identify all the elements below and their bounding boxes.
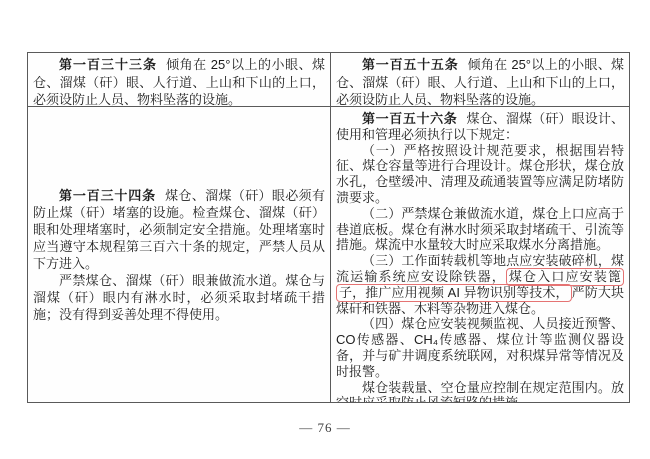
article-156-item-4b: 煤仓装载量、空仓量应控制在规定范围内。放空时应采取防止风流短路的措施。 <box>336 380 624 402</box>
document-page: 第一百三十三条倾角在 25°以上的小眼、煤仓、溜煤（矸）眼、人行道、上山和下山的… <box>0 0 650 459</box>
article-155-heading: 第一百五十五条 <box>362 57 459 72</box>
regulation-comparison-table: 第一百三十三条倾角在 25°以上的小眼、煤仓、溜煤（矸）眼、人行道、上山和下山的… <box>27 52 630 403</box>
article-133-paragraph: 第一百三十三条倾角在 25°以上的小眼、煤仓、溜煤（矸）眼、人行道、上山和下山的… <box>33 56 325 107</box>
article-134-paragraph-1: 第一百三十四条煤仓、溜煤（矸）眼必须有防止煤（矸）堵塞的设施。检查煤仓、溜煤（矸… <box>33 187 325 272</box>
cell-article-156: 第一百五十六条煤仓、溜煤（矸）眼设计、使用和管理必须执行以下规定： （一）严格按… <box>331 107 629 402</box>
article-156-item-3: （三）工作面转载机等地点应安装破碎机，煤流运输系统应安设除铁器，煤仓入口应安装篦… <box>336 253 624 316</box>
article-134-paragraph-2: 严禁煤仓、溜煤（矸）眼兼做流水道。煤仓与溜煤（矸）眼内有淋水时，必须采取封堵疏干… <box>33 272 325 323</box>
article-156-item-2: （二）严禁煤仓兼做流水道，煤仓上口应高于巷道底板。煤仓有淋水时须采取封堵疏干、引… <box>336 206 624 253</box>
page-number: — 76 — <box>0 420 650 436</box>
cell-article-155: 第一百五十五条倾角在 25°以上的小眼、煤仓、溜煤（矸）眼、人行道、上山和下山的… <box>331 53 629 107</box>
article-134-heading: 第一百三十四条 <box>59 188 156 203</box>
cell-article-133: 第一百三十三条倾角在 25°以上的小眼、煤仓、溜煤（矸）眼、人行道、上山和下山的… <box>28 53 331 107</box>
article-156-item-4: （四）煤仓应安装视频监视、人员接近预警、CO传感器、CH₄传感器、煤位计等监测仪… <box>336 316 624 379</box>
article-133-heading: 第一百三十三条 <box>59 57 157 72</box>
article-156-paragraph-1: 第一百五十六条煤仓、溜煤（矸）眼设计、使用和管理必须执行以下规定： <box>336 111 624 143</box>
cell-article-134: 第一百三十四条煤仓、溜煤（矸）眼必须有防止煤（矸）堵塞的设施。检查煤仓、溜煤（矸… <box>28 107 331 402</box>
article-156-item-1: （一）严格按照设计规范要求，根据围岩特征、煤仓容量等进行合理设计。煤仓形状，煤仓… <box>336 143 624 206</box>
article-156-heading: 第一百五十六条 <box>362 111 457 126</box>
article-155-paragraph: 第一百五十五条倾角在 25°以上的小眼、煤仓、溜煤（矸）眼、人行道、上山和下山的… <box>336 56 624 107</box>
